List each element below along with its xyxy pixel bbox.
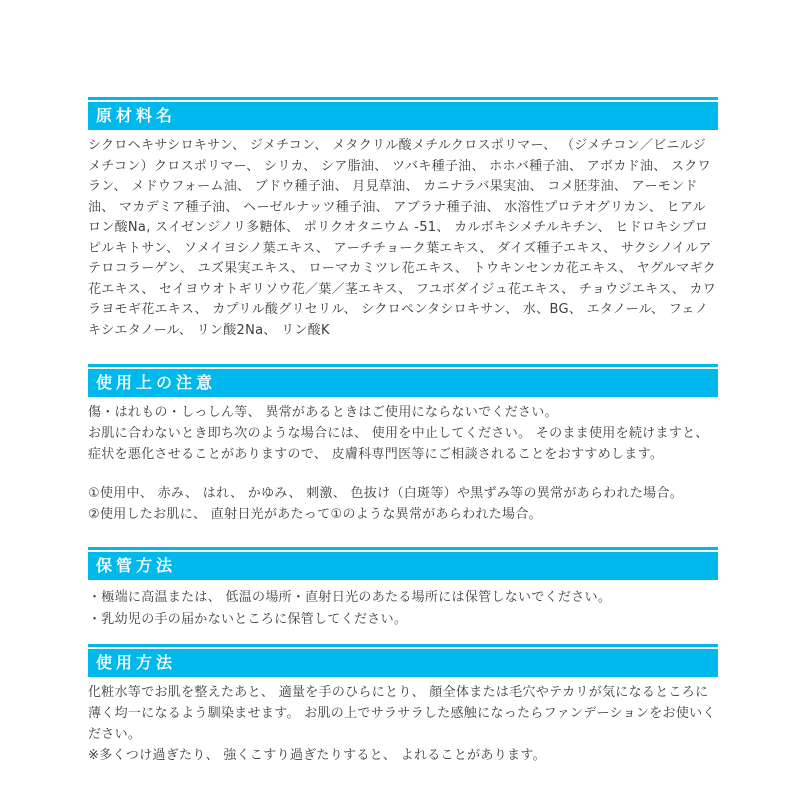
section-title-precautions: 使用上の注意 [88,369,718,397]
precautions-case-1: ①使用中、 赤み、 はれ、 かゆみ、 刺激、 色抜け（白斑等）や黒ずみ等の異常が… [88,483,718,504]
section-precautions: 使用上の注意 傷・はれもの・しっしん等、 異常があるときはご使用にならないでくだ… [88,364,718,525]
section-accent-rule [88,547,718,550]
section-title-ingredients: 原材料名 [88,102,718,130]
section-title-storage: 保管方法 [88,552,718,580]
precautions-line-1: 傷・はれもの・しっしん等、 異常があるときはご使用にならないでください。 [88,402,718,423]
product-info-page: 原材料名 シクロヘキサシロキサン、 ジメチコン、 メタクリル酸メチルクロスポリマ… [88,97,718,766]
ingredients-text: シクロヘキサシロキサン、 ジメチコン、 メタクリル酸メチルクロスポリマー、 （ジ… [88,136,718,341]
precautions-body: 傷・はれもの・しっしん等、 異常があるときはご使用にならないでください。 お肌に… [88,402,718,525]
precautions-case-2: ②使用したお肌に、 直射日光があたって①のような異常があらわれた場合。 [88,504,718,525]
precautions-numbered-list: ①使用中、 赤み、 はれ、 かゆみ、 刺激、 色抜け（白斑等）や黒ずみ等の異常が… [88,483,718,525]
section-ingredients: 原材料名 シクロヘキサシロキサン、 ジメチコン、 メタクリル酸メチルクロスポリマ… [88,97,718,341]
precautions-line-2: お肌に合わないとき即ち次のような場合には、 使用を中止してください。 そのまま使… [88,423,718,465]
directions-note: ※多くつけ過ぎたり、 強くこすり過ぎたりすると、 よれることがあります。 [88,745,718,766]
storage-bullet-2: ・乳幼児の手の届かないところに保管してください。 [88,609,718,631]
storage-bullet-1: ・極端に高温または、 低温の場所・直射日光のあたる場所には保管しないでください。 [88,587,718,609]
section-directions: 使用方法 化粧水等でお肌を整えたあと、 適量を手のひらにとり、 顔全体または毛穴… [88,644,718,766]
directions-line-1: 化粧水等でお肌を整えたあと、 適量を手のひらにとり、 顔全体または毛穴やテカリが… [88,682,718,745]
section-storage: 保管方法 ・極端に高温または、 低温の場所・直射日光のあたる場所には保管しないで… [88,547,718,631]
storage-bullet-list: ・極端に高温または、 低温の場所・直射日光のあたる場所には保管しないでください。… [88,587,718,631]
section-accent-rule [88,644,718,647]
section-accent-rule [88,364,718,367]
section-accent-rule [88,97,718,100]
section-title-directions: 使用方法 [88,649,718,677]
directions-body: 化粧水等でお肌を整えたあと、 適量を手のひらにとり、 顔全体または毛穴やテカリが… [88,682,718,766]
